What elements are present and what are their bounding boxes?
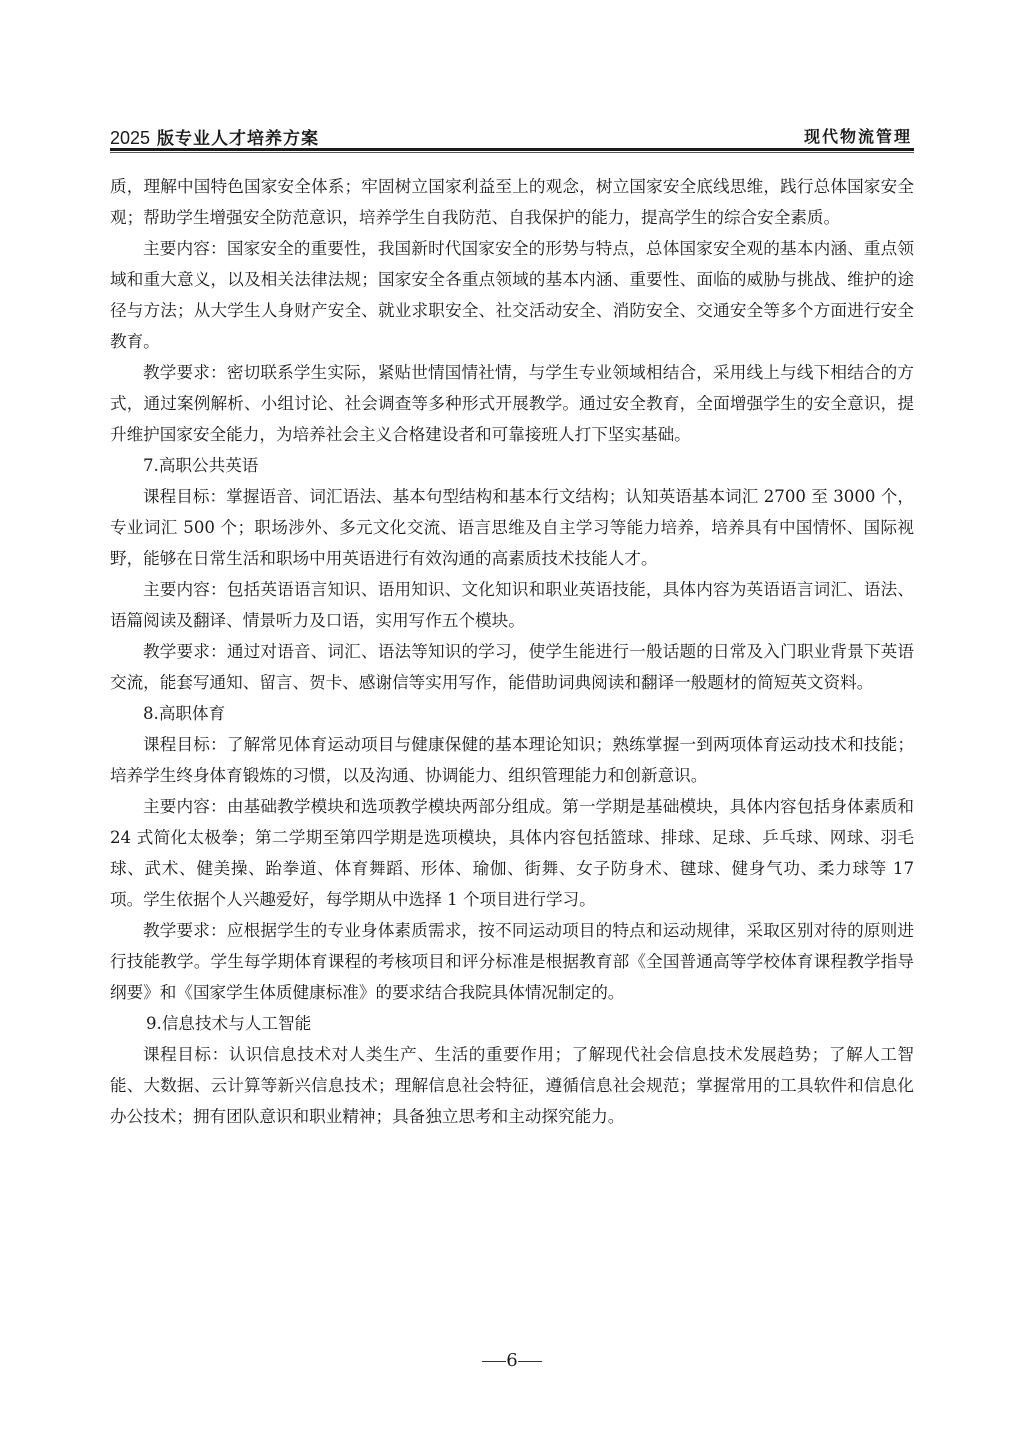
paragraph-continued: 质，理解中国特色国家安全体系；牢固树立国家利益至上的观念，树立国家安全底线思维，… [110, 171, 914, 233]
footer-dash-left [482, 1361, 506, 1362]
section-heading-it-ai: 9.信息技术与人工智能 [110, 1008, 914, 1039]
header-major-name: 现代物流管理 [804, 124, 912, 147]
page-number: 6 [506, 1350, 517, 1371]
paragraph-english-goals: 课程目标：掌握语音、词汇语法、基本句型结构和基本行文结构；认知英语基本词汇 27… [110, 481, 914, 574]
page-footer: 6 [110, 1350, 914, 1371]
header-rule-thick [110, 148, 914, 151]
header-title-text: 版专业人才培养方案 [157, 129, 319, 149]
paragraph-pe-content: 主要内容：由基础教学模块和选项教学模块两部分组成。第一学期是基础模块，具体内容包… [110, 791, 914, 915]
header-program-title: 2025 版专业人才培养方案 [110, 124, 319, 149]
running-header: 2025 版专业人才培养方案 现代物流管理 [110, 124, 914, 146]
header-year: 2025 [110, 128, 150, 148]
section-heading-pe: 8.高职体育 [110, 698, 914, 729]
paragraph-security-requirements: 教学要求：密切联系学生实际，紧贴世情国情社情，与学生专业领域相结合，采用线上与线… [110, 357, 914, 450]
section-heading-english: 7.高职公共英语 [110, 450, 914, 481]
header-rule-thin [110, 152, 914, 153]
document-body: 质，理解中国特色国家安全体系；牢固树立国家利益至上的观念，树立国家安全底线思维，… [110, 171, 914, 1132]
paragraph-pe-requirements: 教学要求：应根据学生的专业身体素质需求，按不同运动项目的特点和运动规律，采取区别… [110, 915, 914, 1008]
paragraph-pe-goals: 课程目标：了解常见体育运动项目与健康保健的基本理论知识；熟练掌握一到两项体育运动… [110, 729, 914, 791]
paragraph-english-requirements: 教学要求：通过对语音、词汇、语法等知识的学习，使学生能进行一般话题的日常及入门职… [110, 636, 914, 698]
footer-dash-right [518, 1361, 542, 1362]
paragraph-it-goals: 课程目标：认识信息技术对人类生产、生活的重要作用；了解现代社会信息技术发展趋势；… [110, 1039, 914, 1132]
paragraph-security-content: 主要内容：国家安全的重要性，我国新时代国家安全的形势与特点，总体国家安全观的基本… [110, 233, 914, 357]
paragraph-english-content: 主要内容：包括英语语言知识、语用知识、文化知识和职业英语技能，具体内容为英语语言… [110, 574, 914, 636]
